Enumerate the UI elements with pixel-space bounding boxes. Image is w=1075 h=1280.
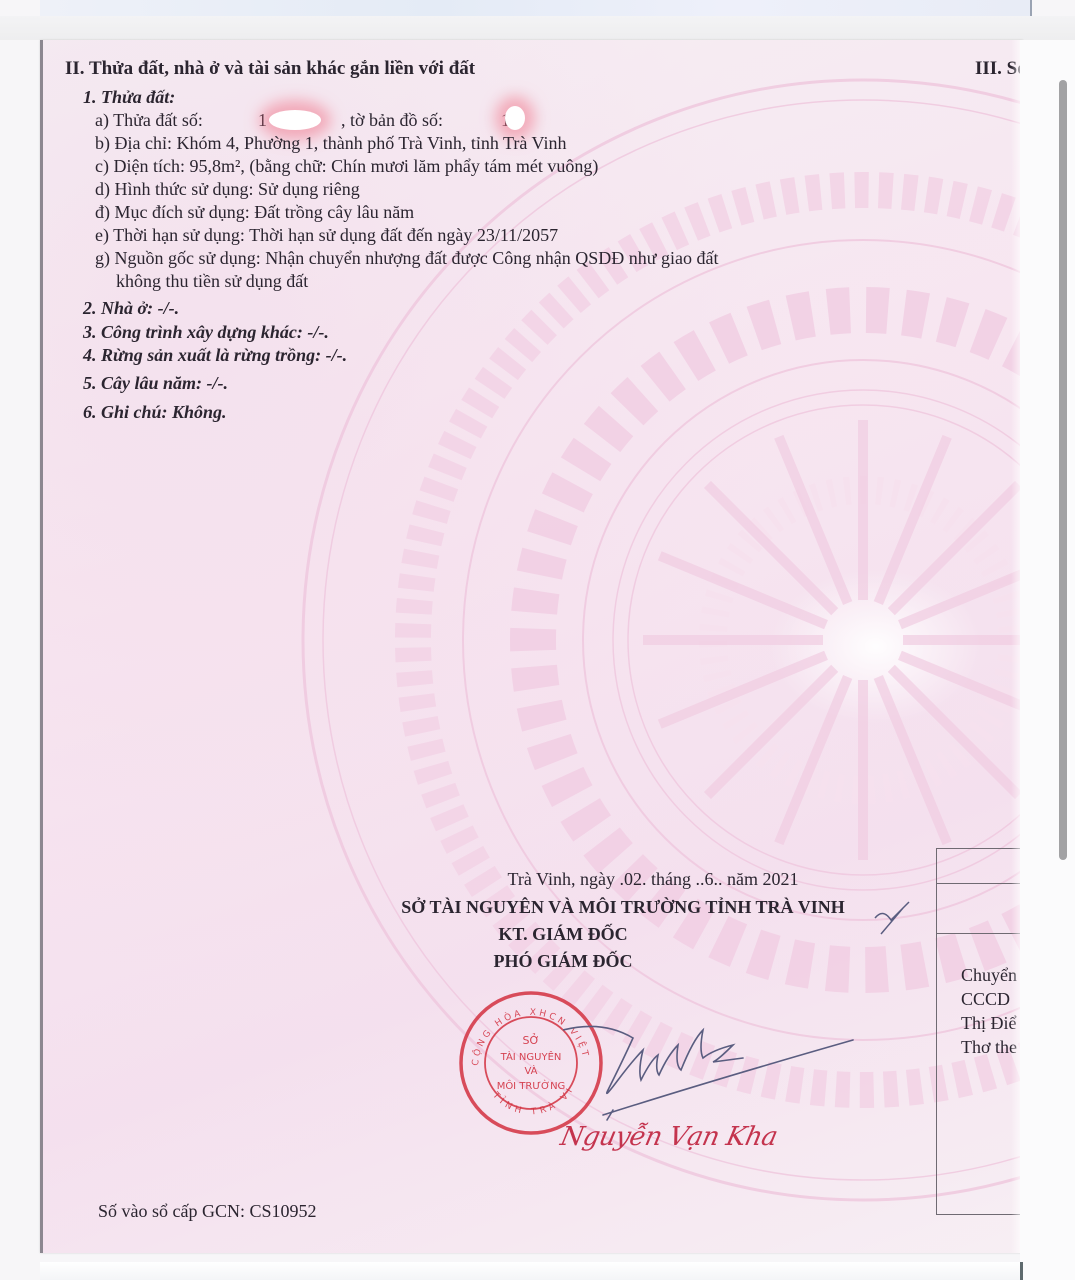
table-cell-text: Thị Điể [961, 1011, 1017, 1035]
stamp-line: TÀI NGUYÊN [500, 1050, 562, 1063]
item-notes: 6. Ghi chú: Không. [83, 401, 227, 423]
issuing-authority: SỞ TÀI NGUYÊN VÀ MÔI TRƯỜNG TỈNH TRÀ VIN… [353, 894, 893, 920]
registry-number: Số vào sổ cấp GCN: CS10952 [98, 1200, 317, 1222]
parcel-number-label: a) Thửa đất số: [95, 109, 203, 131]
redaction-mark [269, 110, 321, 130]
scrollbar-thumb[interactable] [1059, 80, 1067, 860]
stamp-line: VÀ [524, 1064, 537, 1077]
map-sheet-label: , tờ bản đồ số: [341, 109, 443, 131]
redaction-mark [505, 106, 525, 130]
land-heading: 1. Thửa đất: [83, 86, 175, 108]
place-date: Trà Vinh, ngày .02. tháng ..6.. năm 2021 [383, 866, 923, 892]
usage-term-line: e) Thời hạn sử dụng: Thời hạn sử dụng đấ… [95, 224, 558, 246]
address-line: b) Địa chỉ: Khóm 4, Phường 1, thành phố … [95, 132, 566, 154]
parcel-number-value: 1 [258, 109, 267, 131]
item-perennial-trees: 5. Cây lâu năm: -/-. [83, 372, 228, 394]
item-other-construction: 3. Công trình xây dựng khác: -/-. [83, 321, 329, 343]
signer-position: PHÓ GIÁM ĐỐC [413, 948, 713, 974]
item-production-forest: 4. Rừng sản xuất là rừng trồng: -/-. [83, 344, 347, 366]
section-title: II. Thửa đất, nhà ở và tài sản khác gắn … [65, 58, 475, 80]
stamp-line: MÔI TRƯỜNG [497, 1079, 566, 1092]
initials-mark [873, 898, 913, 938]
usage-purpose-line: đ) Mục đích sử dụng: Đất trồng cây lâu n… [95, 201, 414, 223]
item-house: 2. Nhà ở: -/-. [83, 297, 179, 319]
stamp-line: SỞ [522, 1033, 539, 1047]
table-cell-text: CCCD [961, 987, 1010, 1011]
on-behalf-of: KT. GIÁM ĐỐC [413, 921, 713, 947]
table-cell-text: Thơ the [961, 1035, 1017, 1059]
transfer-record-table: Chuyển CCCD Thị Điể Thơ the [936, 848, 1023, 1215]
signer-name: Nguyễn Vạn Kha [558, 1122, 780, 1152]
area-line: c) Diện tích: 95,8m², (bằng chữ: Chín mư… [95, 155, 598, 177]
usage-form-line: d) Hình thức sử dụng: Sử dụng riêng [95, 178, 360, 200]
next-page-edge [40, 1262, 1023, 1280]
table-cell-text: Chuyển [961, 963, 1017, 987]
origin-line-1: g) Nguồn gốc sử dụng: Nhận chuyển nhượng… [95, 247, 718, 269]
certificate-page: II. Thửa đất, nhà ở và tài sản khác gắn … [40, 40, 1023, 1253]
page-gap [0, 16, 1075, 40]
origin-line-2: không thu tiền sử dụng đất [116, 270, 308, 292]
previous-page-edge [40, 0, 1032, 16]
